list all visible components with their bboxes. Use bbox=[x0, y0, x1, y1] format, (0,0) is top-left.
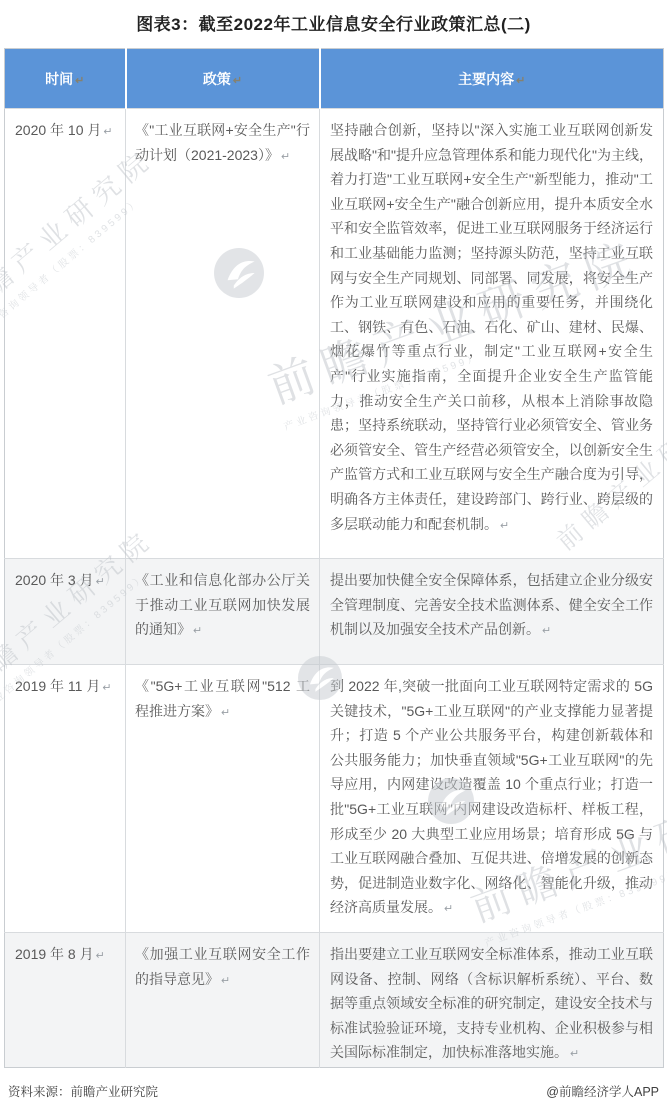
content-cell: 到 2022 年,突破一批面向工业互联网特定需求的 5G 关键技术，"5G+工业… bbox=[320, 665, 664, 933]
line-break-mark: ↵ bbox=[500, 520, 509, 532]
time-cell: 2019 年 8 月↵ bbox=[5, 933, 126, 1068]
line-break-mark: ↵ bbox=[103, 126, 112, 138]
policy-cell: 《工业和信息化部办公厅关于推动工业互联网加快发展的通知》↵ bbox=[126, 559, 320, 665]
policy-value: 《工业和信息化部办公厅关于推动工业互联网加快发展的通知》 bbox=[135, 572, 310, 637]
policy-cell: 《"工业互联网+安全生产"行动计划（2021-2023）》↵ bbox=[126, 109, 320, 559]
line-break-mark: ↵ bbox=[102, 682, 111, 694]
column-header-time: 时间↵ bbox=[5, 49, 126, 109]
report-figure-page: 图表3：截至2022年工业信息安全行业政策汇总(二) 时间↵ 政策↵ 主要内容↵… bbox=[0, 0, 667, 1102]
line-break-mark: ↵ bbox=[221, 975, 230, 987]
content-value: 到 2022 年,突破一批面向工业互联网特定需求的 5G 关键技术，"5G+工业… bbox=[330, 678, 653, 915]
column-header-content-label: 主要内容 bbox=[458, 71, 514, 87]
source-note: 资料来源：前瞻产业研究院 bbox=[8, 1082, 158, 1100]
content-value: 指出要建立工业互联网安全标准体系，推动工业互联网设备、控制、网络（含标识解析系统… bbox=[330, 946, 653, 1060]
time-value: 2020 年 3 月 bbox=[15, 572, 94, 588]
time-cell: 2020 年 10 月↵ bbox=[5, 109, 126, 559]
table-header-row: 时间↵ 政策↵ 主要内容↵ bbox=[5, 49, 664, 109]
column-header-content: 主要内容↵ bbox=[320, 49, 664, 109]
table-row: 2019 年 8 月↵ 《加强工业互联网安全工作的指导意见》↵ 指出要建立工业互… bbox=[5, 933, 664, 1068]
table-row: 2020 年 3 月↵ 《工业和信息化部办公厅关于推动工业互联网加快发展的通知》… bbox=[5, 559, 664, 665]
column-header-policy-label: 政策 bbox=[203, 71, 231, 87]
line-break-mark: ↵ bbox=[516, 75, 525, 87]
credit-note: @前瞻经济学人APP bbox=[546, 1082, 659, 1100]
content-cell: 坚持融合创新，坚持以"深入实施工业互联网创新发展战略"和"提升应急管理体系和能力… bbox=[320, 109, 664, 559]
content-value: 提出要加快健全安全保障体系，包括建立企业分级安全管理制度、完善安全技术监测体系、… bbox=[330, 572, 653, 637]
line-break-mark: ↵ bbox=[570, 1048, 579, 1060]
time-value: 2020 年 10 月 bbox=[15, 122, 101, 138]
policy-cell: 《加强工业互联网安全工作的指导意见》↵ bbox=[126, 933, 320, 1068]
policy-table: 时间↵ 政策↵ 主要内容↵ 2020 年 10 月↵ 《"工业互联网+安全生产"… bbox=[4, 48, 664, 1068]
time-value: 2019 年 11 月 bbox=[15, 678, 100, 694]
time-cell: 2020 年 3 月↵ bbox=[5, 559, 126, 665]
line-break-mark: ↵ bbox=[542, 625, 551, 637]
content-cell: 指出要建立工业互联网安全标准体系，推动工业互联网设备、控制、网络（含标识解析系统… bbox=[320, 933, 664, 1068]
time-value: 2019 年 8 月 bbox=[15, 946, 94, 962]
time-cell: 2019 年 11 月↵ bbox=[5, 665, 126, 933]
policy-cell: 《"5G+工业互联网"512 工程推进方案》↵ bbox=[126, 665, 320, 933]
line-break-mark: ↵ bbox=[281, 151, 290, 163]
content-cell: 提出要加快健全安全保障体系，包括建立企业分级安全管理制度、完善安全技术监测体系、… bbox=[320, 559, 664, 665]
column-header-time-label: 时间 bbox=[45, 71, 73, 87]
line-break-mark: ↵ bbox=[96, 950, 105, 962]
line-break-mark: ↵ bbox=[233, 75, 242, 87]
column-header-policy: 政策↵ bbox=[126, 49, 320, 109]
content-value: 坚持融合创新，坚持以"深入实施工业互联网创新发展战略"和"提升应急管理体系和能力… bbox=[330, 122, 653, 532]
line-break-mark: ↵ bbox=[221, 707, 230, 719]
table-row: 2019 年 11 月↵ 《"5G+工业互联网"512 工程推进方案》↵ 到 2… bbox=[5, 665, 664, 933]
line-break-mark: ↵ bbox=[75, 75, 84, 87]
table-row: 2020 年 10 月↵ 《"工业互联网+安全生产"行动计划（2021-2023… bbox=[5, 109, 664, 559]
line-break-mark: ↵ bbox=[444, 903, 453, 915]
line-break-mark: ↵ bbox=[96, 576, 105, 588]
figure-footer: 资料来源：前瞻产业研究院 @前瞻经济学人APP bbox=[0, 1082, 667, 1100]
line-break-mark: ↵ bbox=[193, 625, 202, 637]
figure-title: 图表3：截至2022年工业信息安全行业政策汇总(二) bbox=[0, 0, 667, 35]
